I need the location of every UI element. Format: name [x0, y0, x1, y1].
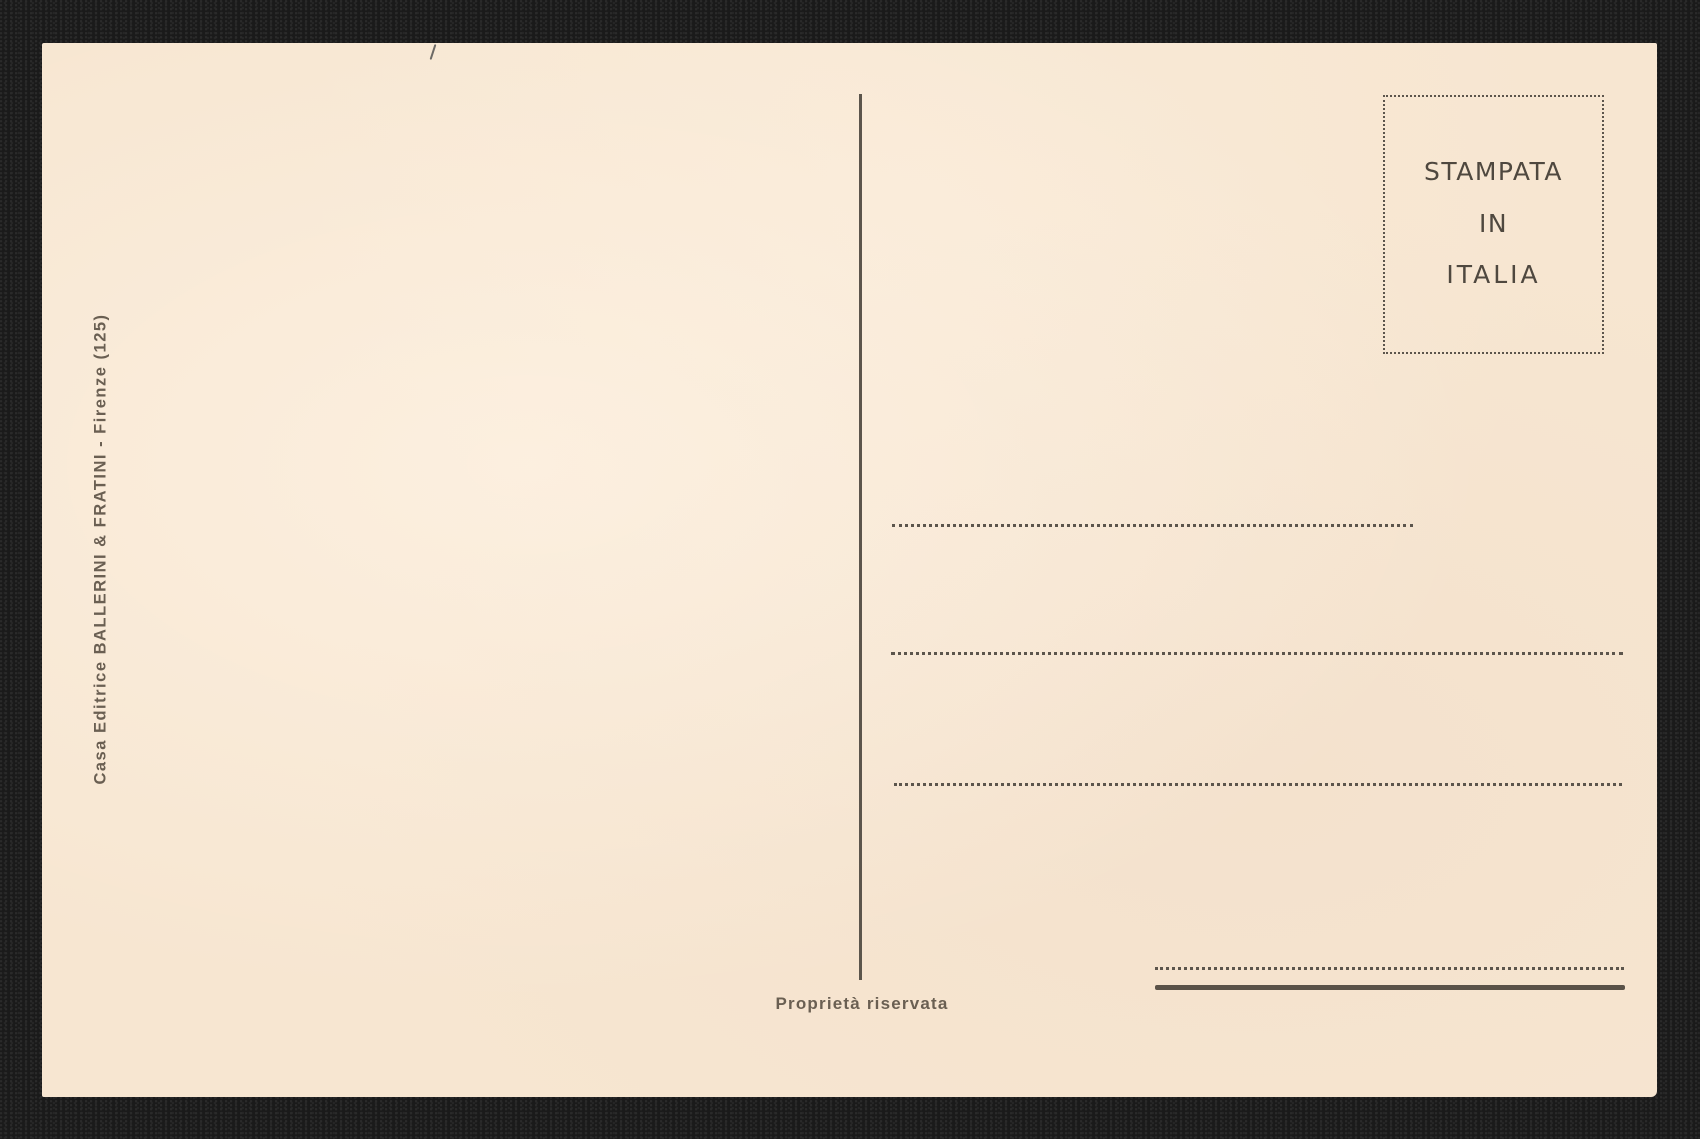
publisher-imprint: Casa Editrice BALLERINI & FRATINI - Fire…	[92, 313, 111, 784]
stamp-placeholder-box: STAMPATA IN ITALIA	[1383, 95, 1604, 354]
stamp-text-line-3: ITALIA	[1385, 262, 1602, 287]
stamp-text-line-2: IN	[1385, 211, 1602, 236]
center-divider	[859, 94, 862, 980]
address-line-2	[891, 652, 1623, 655]
rights-reserved-text: Proprietà riservata	[775, 994, 948, 1014]
address-line-1	[892, 524, 1413, 527]
address-line-3	[894, 783, 1622, 786]
address-underline-rule	[1155, 985, 1625, 990]
stamp-text-line-1: STAMPATA	[1385, 159, 1602, 184]
address-line-4	[1155, 967, 1624, 970]
